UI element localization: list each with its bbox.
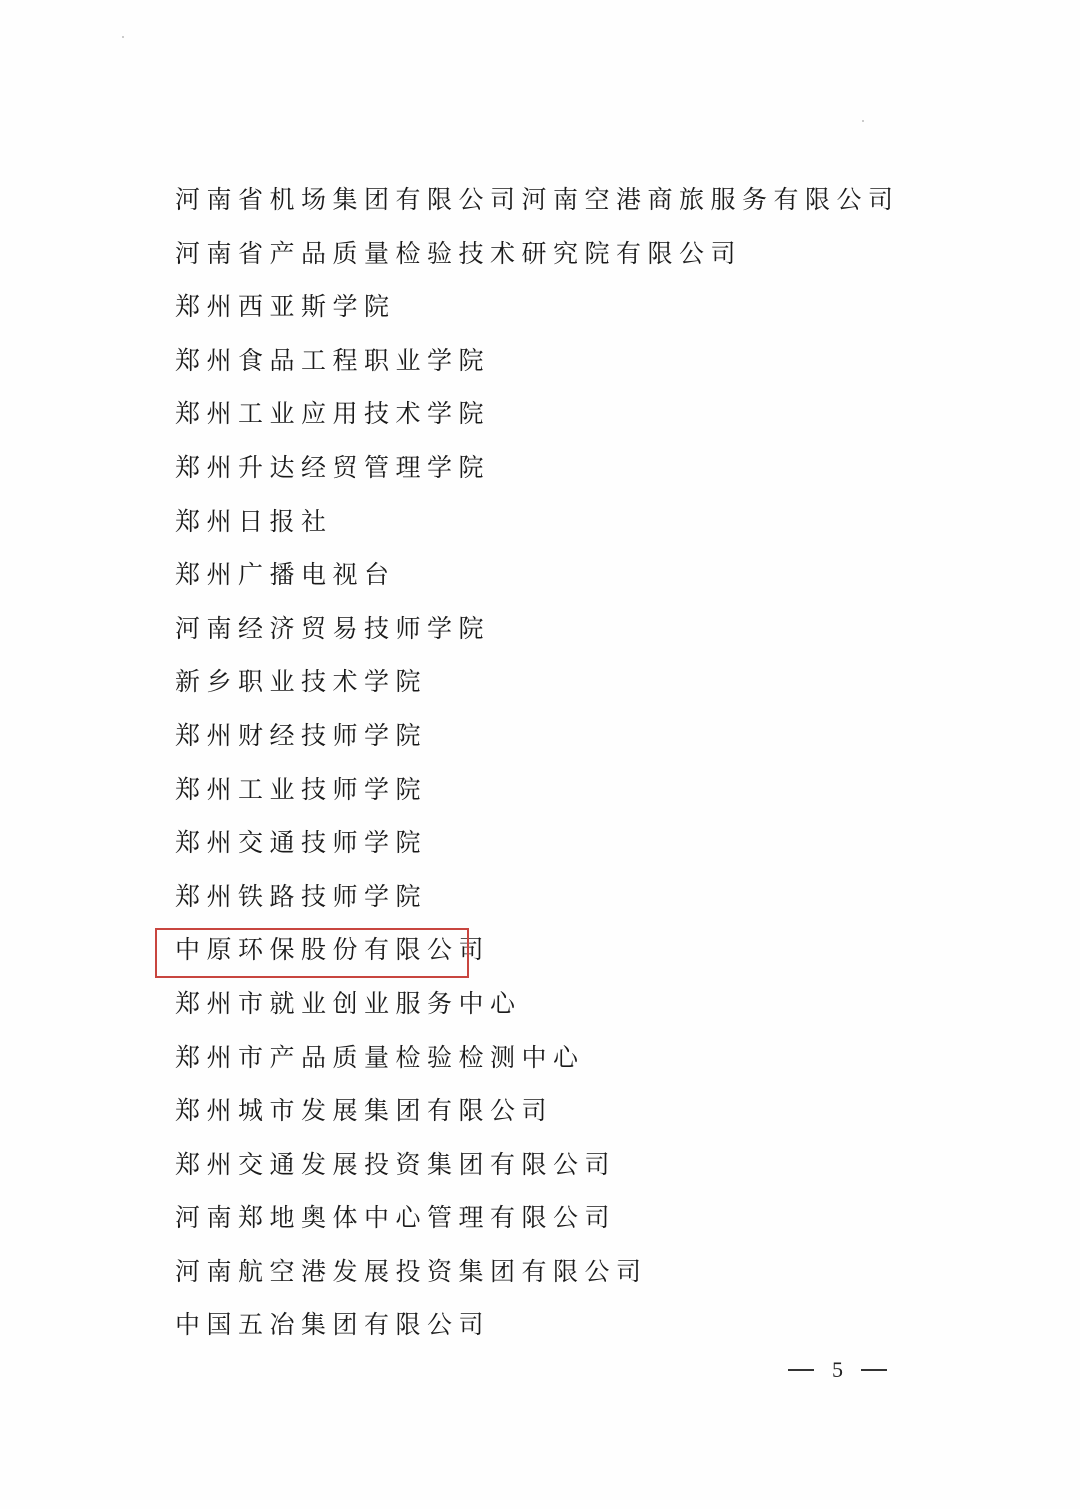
list-item: 郑州市产品质量检验检测中心 bbox=[175, 1038, 900, 1092]
list-item: 河南省产品质量检验技术研究院有限公司 bbox=[175, 234, 900, 288]
list-item: 郑州铁路技师学院 bbox=[175, 877, 900, 931]
list-item: 新乡职业技术学院 bbox=[175, 662, 900, 716]
list-item: 郑州西亚斯学院 bbox=[175, 287, 900, 341]
list-item: 郑州市就业创业服务中心 bbox=[175, 984, 900, 1038]
page-number-value: 5 bbox=[832, 1357, 843, 1383]
list-item: 河南郑地奥体中心管理有限公司 bbox=[175, 1198, 900, 1252]
list-item: 郑州财经技师学院 bbox=[175, 716, 900, 770]
list-item: 中国五冶集团有限公司 bbox=[175, 1305, 900, 1359]
document-page: 河南省机场集团有限公司河南空港商旅服务有限公司 河南省产品质量检验技术研究院有限… bbox=[0, 0, 1080, 1509]
list-item: 河南经济贸易技师学院 bbox=[175, 609, 900, 663]
organization-list: 河南省机场集团有限公司河南空港商旅服务有限公司 河南省产品质量检验技术研究院有限… bbox=[175, 180, 900, 1359]
list-item: 郑州广播电视台 bbox=[175, 555, 900, 609]
list-item: 郑州食品工程职业学院 bbox=[175, 341, 900, 395]
scan-speck bbox=[122, 36, 124, 38]
page-number: 5 bbox=[788, 1357, 887, 1383]
dash-right bbox=[861, 1369, 887, 1371]
list-item: 郑州工业技师学院 bbox=[175, 770, 900, 824]
dash-left bbox=[788, 1369, 814, 1371]
list-item: 河南航空港发展投资集团有限公司 bbox=[175, 1252, 900, 1306]
list-item: 河南省机场集团有限公司河南空港商旅服务有限公司 bbox=[175, 180, 900, 234]
scan-speck bbox=[862, 120, 864, 122]
list-item: 郑州日报社 bbox=[175, 502, 900, 556]
list-item: 郑州工业应用技术学院 bbox=[175, 394, 900, 448]
list-item: 郑州城市发展集团有限公司 bbox=[175, 1091, 900, 1145]
list-item: 郑州升达经贸管理学院 bbox=[175, 448, 900, 502]
list-item: 郑州交通技师学院 bbox=[175, 823, 900, 877]
highlighted-list-item: 中原环保股份有限公司 bbox=[175, 930, 900, 984]
list-item: 郑州交通发展投资集团有限公司 bbox=[175, 1145, 900, 1199]
